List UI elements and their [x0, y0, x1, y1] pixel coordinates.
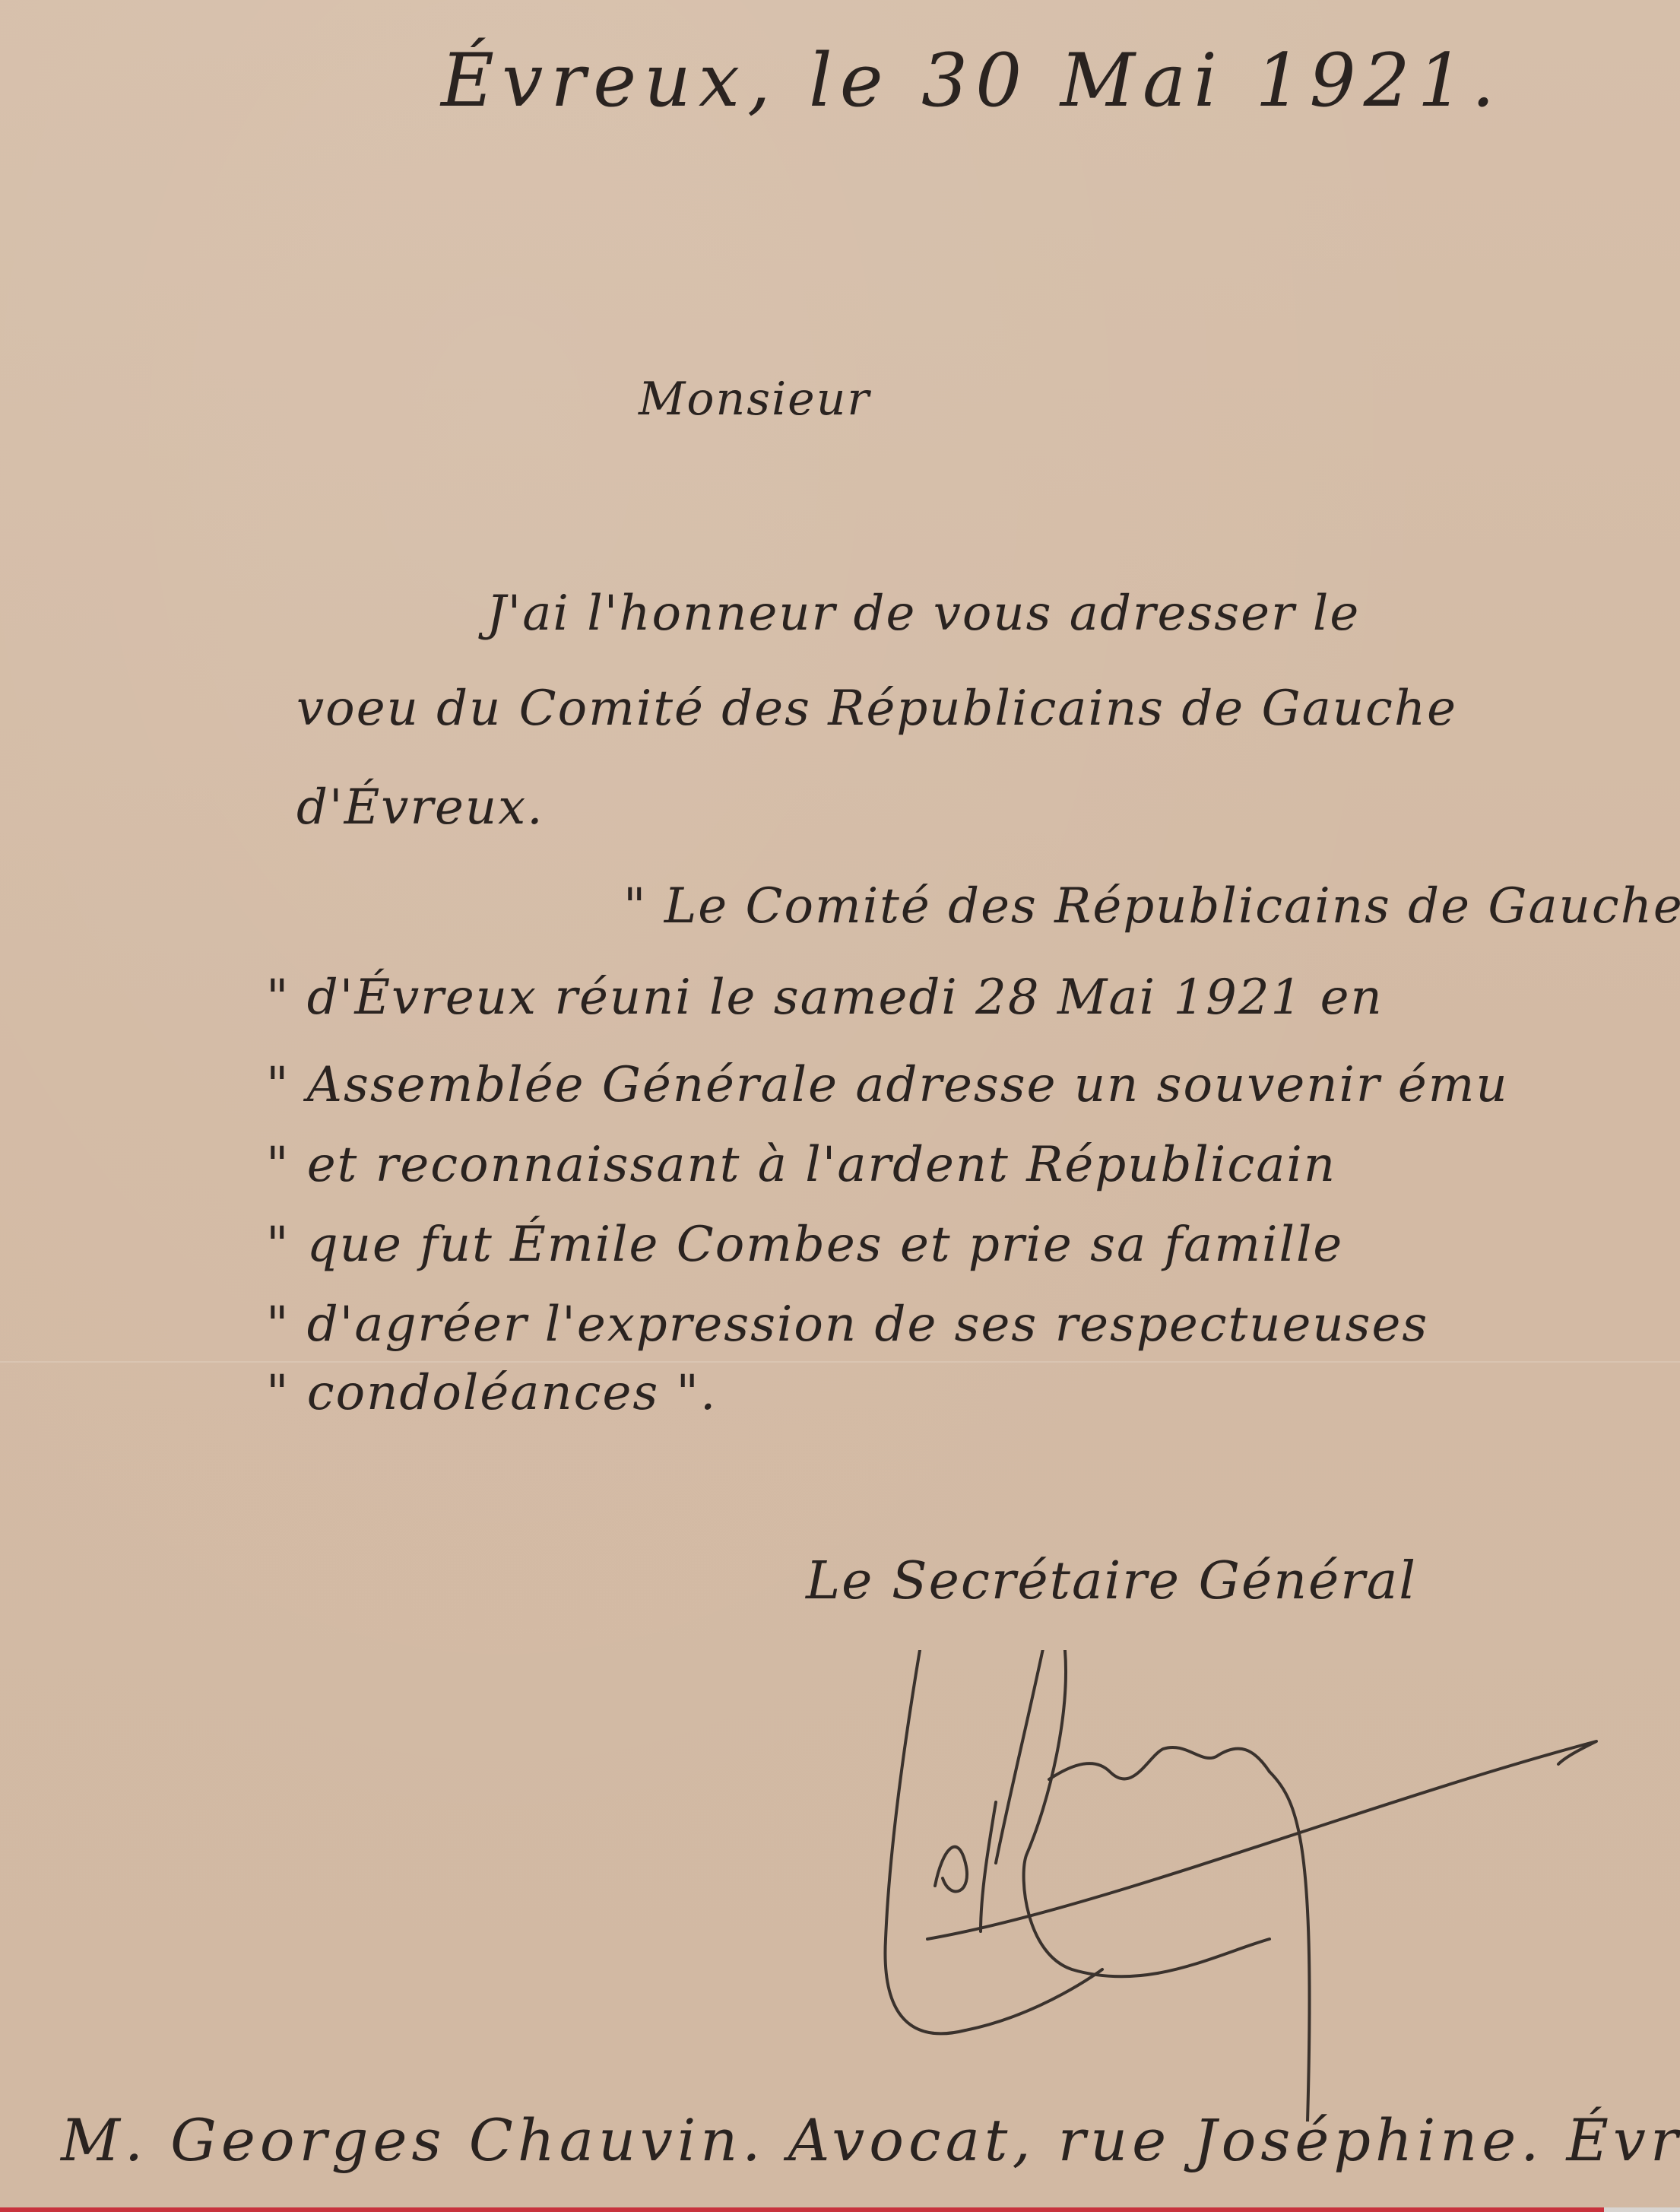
resolution-line: " d'Évreux réuni le samedi 28 Mai 1921 e… [266, 970, 1384, 1026]
signature [874, 1650, 1634, 2122]
edge-bar-end [1604, 2207, 1680, 2212]
intro-line: voeu du Comité des Républicains de Gauch… [296, 681, 1457, 737]
edge-bar [0, 2207, 1604, 2212]
paper-fold-line [0, 1361, 1680, 1363]
closing-title: Le Secrétaire Général [806, 1551, 1417, 1611]
resolution-line: " d'agréer l'expression de ses respectue… [266, 1296, 1428, 1353]
dateline: Évreux, le 30 Mai 1921. [441, 38, 1502, 123]
resolution-line: " que fut Émile Combes et prie sa famill… [266, 1217, 1343, 1273]
resolution-line: " Le Comité des Républicains de Gauche [623, 878, 1680, 935]
resolution-line: " condoléances ". [266, 1365, 717, 1421]
intro-line: d'Évreux. [296, 779, 544, 836]
salutation: Monsieur [639, 373, 870, 426]
intro-line: J'ai l'honneur de vous adresser le [487, 586, 1360, 642]
resolution-line: " Assemblée Générale adresse un souvenir… [266, 1057, 1509, 1113]
resolution-line: " et reconnaissant à l'ardent Républicai… [266, 1137, 1336, 1193]
addressee-line: M. Georges Chauvin. Avocat, rue Joséphin… [61, 2106, 1680, 2174]
